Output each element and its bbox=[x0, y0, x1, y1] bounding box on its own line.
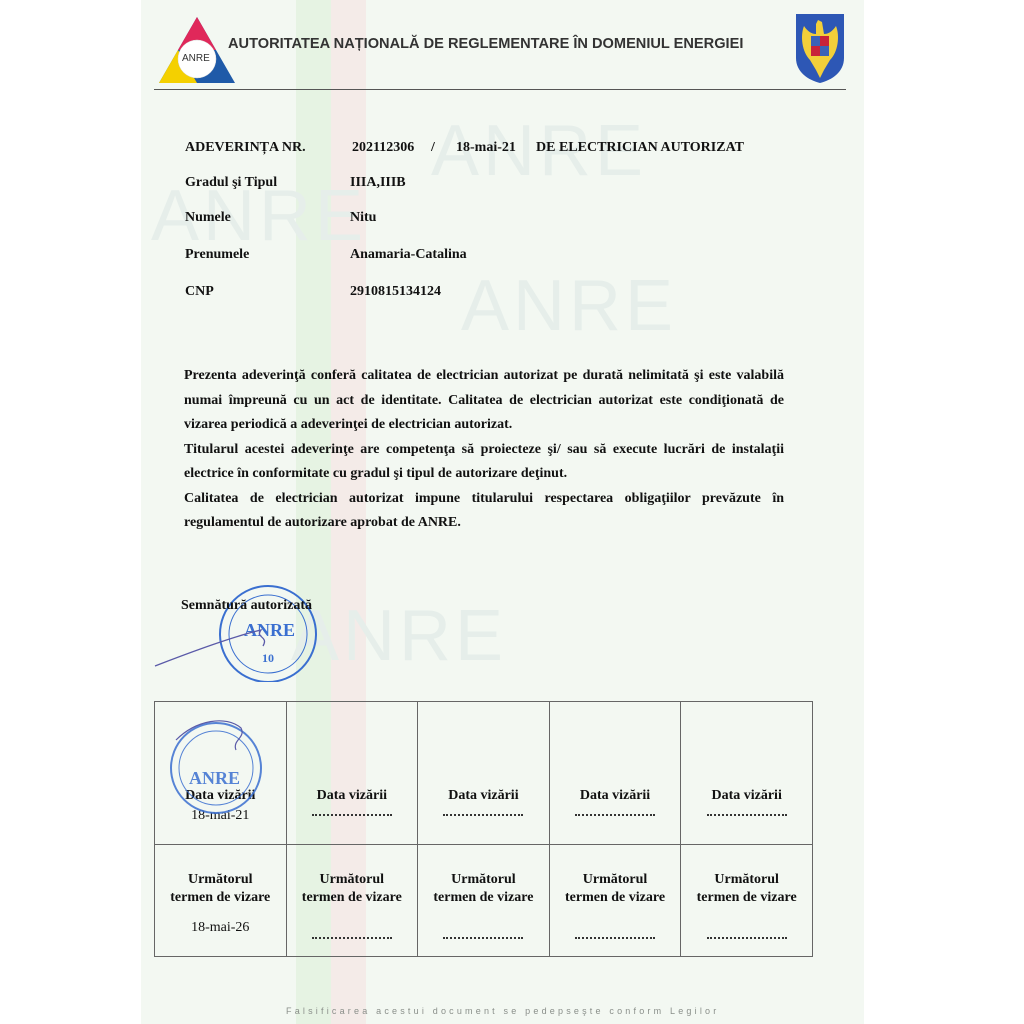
signature-label: Semnătură autorizată bbox=[181, 598, 312, 614]
next-term-row: Următorultermen de vizare18-mai-26 Următ… bbox=[155, 845, 813, 957]
visa-cell: Data vizării bbox=[681, 702, 813, 845]
next-term-cell: Următorultermen de vizare bbox=[286, 845, 418, 957]
certificate-number: 202112306 bbox=[352, 140, 414, 156]
next-term-value: 18-mai-26 bbox=[155, 920, 286, 936]
certificate-body-text: Prezenta adeverinţă conferă calitatea de… bbox=[184, 364, 784, 536]
next-term-cell: Următorultermen de vizare bbox=[549, 845, 681, 957]
cnp-value: 2910815134124 bbox=[350, 284, 441, 300]
next-term-blank bbox=[312, 937, 392, 939]
certificate-date: 18-mai-21 bbox=[456, 140, 516, 156]
grade-type-label: Gradul şi Tipul bbox=[185, 175, 277, 191]
paragraph-validity: Prezenta adeverinţă conferă calitatea de… bbox=[184, 364, 784, 438]
next-term-header: Următorultermen de vizare bbox=[550, 871, 681, 907]
next-term-header: Următorultermen de vizare bbox=[287, 871, 418, 907]
next-term-blank bbox=[443, 937, 523, 939]
header-divider bbox=[154, 89, 846, 90]
paragraph-competence: Titularul acestei adeverinţe are compete… bbox=[184, 438, 784, 487]
last-name-label: Numele bbox=[185, 210, 231, 226]
visa-date-header: Data vizării bbox=[287, 788, 418, 804]
visa-date-header: Data vizării bbox=[681, 788, 812, 804]
next-term-header: Următorultermen de vizare bbox=[418, 871, 549, 907]
visa-date-blank bbox=[312, 814, 392, 816]
certificate-title: DE ELECTRICIAN AUTORIZAT bbox=[536, 140, 744, 156]
next-term-header: Următorultermen de vizare bbox=[155, 871, 286, 907]
certificate-page: ANRE ANRE ANRE ANRE ANRE AUTORITATEA NAȚ… bbox=[141, 0, 864, 1024]
next-term-blank bbox=[575, 937, 655, 939]
first-name-value: Anamaria-Catalina bbox=[350, 247, 467, 263]
visa-cell: Data vizării bbox=[549, 702, 681, 845]
anre-logo-icon bbox=[157, 15, 237, 85]
next-term-blank bbox=[707, 937, 787, 939]
legal-footer: Falsificarea acestui document se pedepse… bbox=[286, 1006, 719, 1016]
next-term-cell: Următorultermen de vizare bbox=[418, 845, 550, 957]
first-name-label: Prenumele bbox=[185, 247, 249, 263]
grade-type-value: IIIA,IIIB bbox=[350, 175, 406, 191]
visa-stamp-icon: ANRE bbox=[156, 710, 276, 820]
visa-cell: Data vizării bbox=[418, 702, 550, 845]
certificate-number-label: ADEVERINȚA NR. bbox=[185, 140, 306, 156]
next-term-cell: Următorultermen de vizare bbox=[681, 845, 813, 957]
organization-title: AUTORITATEA NAȚIONALĂ DE REGLEMENTARE ÎN… bbox=[228, 36, 743, 52]
last-name-value: Nitu bbox=[350, 210, 376, 226]
coat-of-arms-icon bbox=[794, 12, 846, 84]
visa-date-blank bbox=[575, 814, 655, 816]
visa-cell: Data vizării bbox=[286, 702, 418, 845]
signature-stamp-icon: ANRE 10 bbox=[151, 582, 326, 682]
next-term-header: Următorultermen de vizare bbox=[681, 871, 812, 907]
svg-text:ANRE: ANRE bbox=[189, 768, 240, 788]
visa-date-blank bbox=[707, 814, 787, 816]
paragraph-obligations: Calitatea de electrician autorizat impun… bbox=[184, 487, 784, 536]
number-separator: / bbox=[431, 140, 435, 156]
watermark: ANRE bbox=[461, 265, 677, 347]
visa-date-header: Data vizării bbox=[418, 788, 549, 804]
svg-text:10: 10 bbox=[262, 651, 274, 665]
visa-date-blank bbox=[443, 814, 523, 816]
svg-text:ANRE: ANRE bbox=[244, 620, 295, 640]
visa-date-header: Data vizării bbox=[550, 788, 681, 804]
cnp-label: CNP bbox=[185, 284, 214, 300]
next-term-cell: Următorultermen de vizare18-mai-26 bbox=[155, 845, 287, 957]
logo-text: ANRE bbox=[182, 53, 210, 64]
